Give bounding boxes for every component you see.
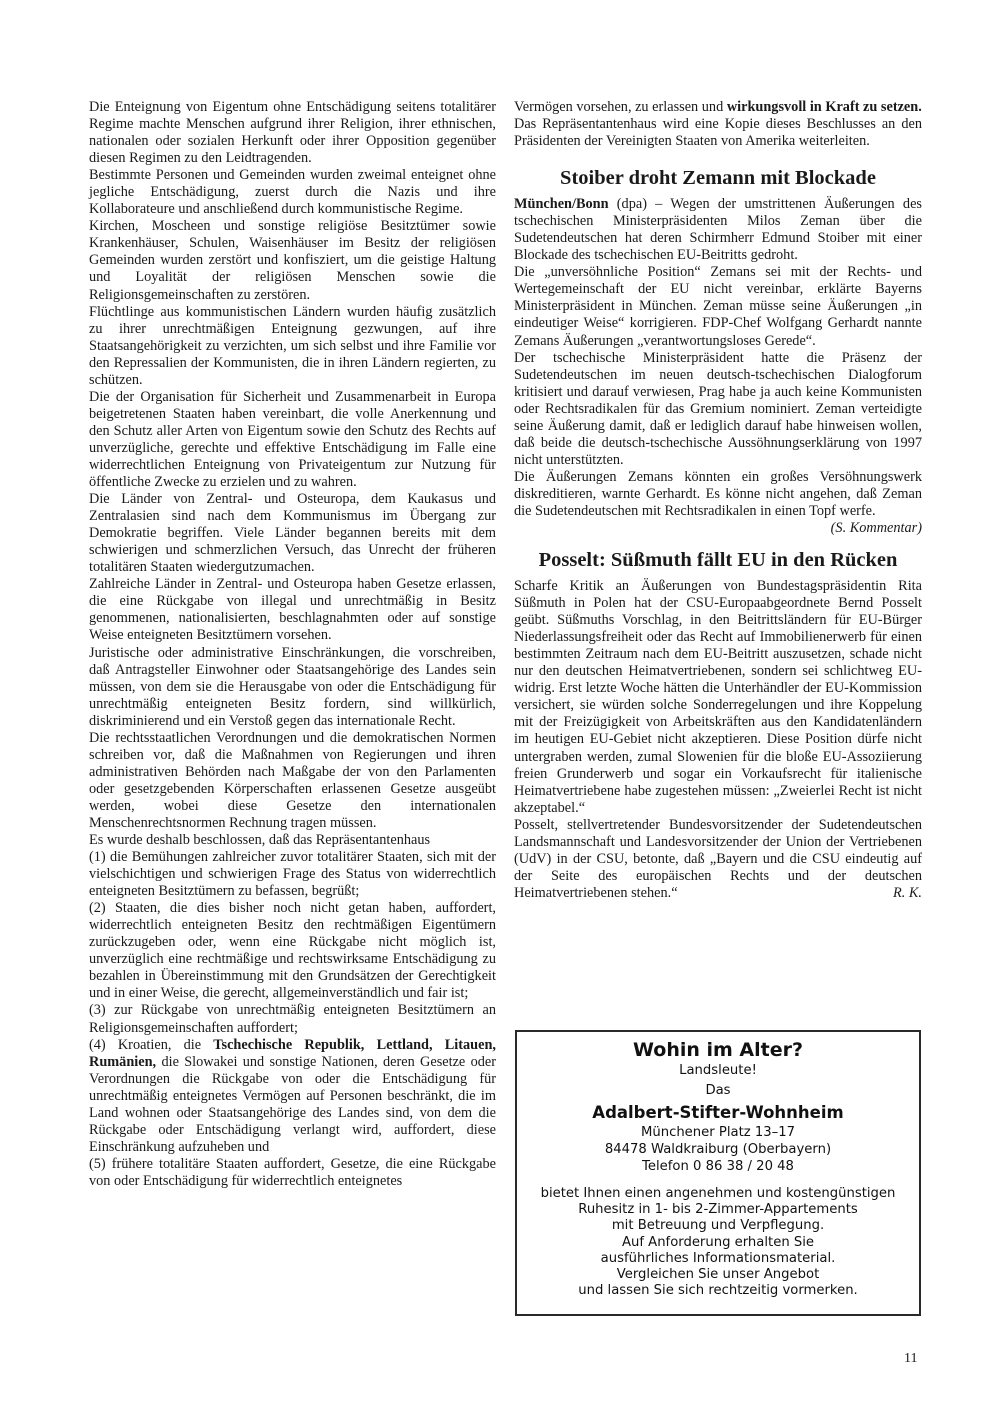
ad-body: bietet Ihnen einen angenehmen und kosten… [517,1186,919,1299]
continuation-text: Vermögen vorsehen, zu erlassen und [514,99,727,115]
last-paragraph-text: Posselt, stellvertretender Bundesvorsitz… [514,817,922,901]
ad-body-line: Ruhesitz in 1- bis 2-Zimmer-Appartements [517,1202,919,1218]
paragraph: Scharfe Kritik an Äußerungen von Bundest… [514,578,922,817]
ad-body-line: bietet Ihnen einen angenehmen und kosten… [517,1186,919,1202]
resolution-item-4: (4) Kroatien, die Tschechische Republik,… [89,1037,496,1156]
paragraph: Der tschechische Ministerpräsident hatte… [514,350,922,469]
ad-body-line: und lassen Sie sich rechtzeitig vormerke… [517,1283,919,1299]
paragraph: Die Äußerungen Zemans könnten ein großes… [514,469,922,520]
article-lead: München/Bonn (dpa) – Wegen der umstritte… [514,196,922,264]
dateline: München/Bonn [514,196,609,212]
ad-title: Wohin im Alter? [517,1038,919,1062]
resolution-item-3: (3) zur Rückgabe von unrechtmäßig enteig… [89,1002,496,1036]
ad-address-street: Münchener Platz 13–17 [517,1124,919,1141]
item4-prefix: (4) Kroatien, die [89,1037,213,1053]
ad-body-line: mit Betreuung und Verpflegung. [517,1218,919,1234]
left-column: Die Enteignung von Eigentum ohne Entschä… [89,99,496,1190]
ad-address-city: 84478 Waldkraiburg (Oberbayern) [517,1141,919,1158]
paragraph: Die „unversöhnliche Position“ Zemans sei… [514,264,922,349]
comment-reference: (S. Kommentar) [831,520,922,537]
resolution-item-5: (5) frühere totalitäre Staaten aufforder… [89,1156,496,1190]
page-number: 11 [904,1351,917,1367]
paragraph: Kirchen, Moscheen und sonstige religiöse… [89,218,496,303]
last-paragraph-text: Die Äußerungen Zemans könnten ein großes… [514,469,922,519]
paragraph: Bestimmte Personen und Gemeinden wurden … [89,167,496,218]
ad-body-line: ausführliches Informationsmaterial. [517,1251,919,1267]
continuation-bold: wirkungsvoll in Kraft zu setzen. [727,99,922,115]
resolution-item-2: (2) Staaten, die dies bisher noch nicht … [89,900,496,1002]
continuation-paragraph: Vermögen vorsehen, zu erlassen und wirku… [514,99,922,116]
right-column: Vermögen vorsehen, zu erlassen und wirku… [514,99,922,902]
paragraph: Die Länder von Zentral- und Osteuropa, d… [89,491,496,576]
paragraph: Posselt, stellvertretender Bundesvorsitz… [514,817,922,902]
closing-paragraph: Das Repräsentantenhaus wird eine Kopie d… [514,116,922,150]
ad-body-line: Vergleichen Sie unser Angebot [517,1267,919,1283]
paragraph: Juristische oder administrative Einschrä… [89,645,496,730]
ad-body-line: Auf Anforderung erhalten Sie [517,1235,919,1251]
paragraph: Die Enteignung von Eigentum ohne Entschä… [89,99,496,167]
paragraph: Die der Organisation für Sicherheit und … [89,389,496,491]
resolution-intro: Es wurde deshalb beschlossen, daß das Re… [89,832,496,849]
advertisement-box: Wohin im Alter? Landsleute! Das Adalbert… [515,1030,921,1316]
resolution-item-1: (1) die Bemühungen zahlreicher zuvor tot… [89,849,496,900]
paragraph: Zahlreiche Länder in Zentral- und Osteur… [89,576,496,644]
paragraph: Die rechtsstaatlichen Verordnungen und d… [89,730,496,832]
ad-article: Das [517,1082,919,1099]
paragraph: Flüchtlinge aus kommunistischen Ländern … [89,304,496,389]
article-headline-stoiber: Stoiber droht Zemann mit Blockade [514,166,922,190]
ad-greeting: Landsleute! [517,1062,919,1079]
ad-home-name: Adalbert-Stifter-Wohnheim [517,1102,919,1124]
article-headline-posselt: Posselt: Süßmuth fällt EU in den Rücken [514,548,922,572]
ad-phone: Telefon 0 86 38 / 20 48 [517,1158,919,1175]
author-initials: R. K. [893,885,922,902]
